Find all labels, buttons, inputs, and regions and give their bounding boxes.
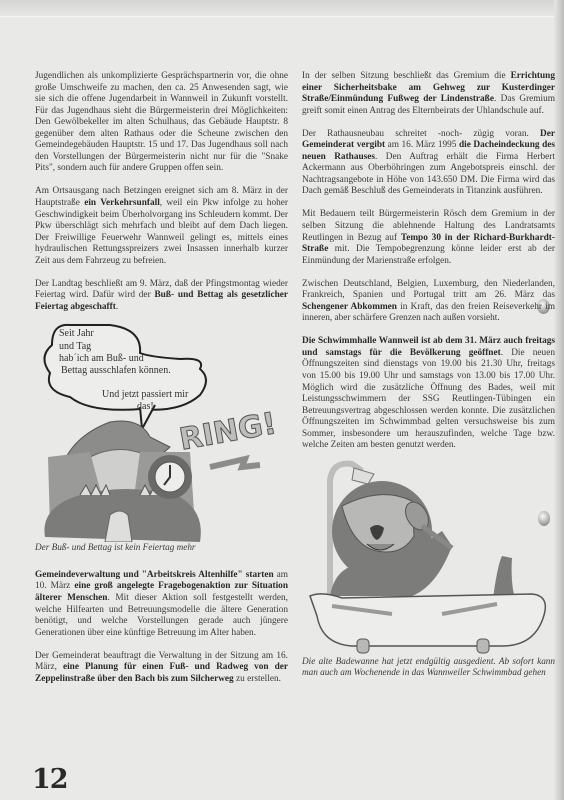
figure1-caption: Der Buß- und Bettag ist kein Feiertag me… xyxy=(35,542,288,554)
svg-text:RING!: RING! xyxy=(177,407,279,458)
article-holiday-abolished: Der Landtag beschließt am 9. März, daß d… xyxy=(35,279,288,314)
bubble-line: Bettag ausschlafen können. xyxy=(59,365,209,377)
page-number: 12 xyxy=(32,764,68,795)
right-column: In der selben Sitzung beschließt das Gre… xyxy=(302,71,555,679)
article-bike-path: Der Gemeinderat beauftragt die Verwaltun… xyxy=(35,651,288,686)
figure-sleeping-man: RING! Seit Jahr und Tag hab´ich am Buß- … xyxy=(35,317,288,542)
article-safety-beacon: In der selben Sitzung beschließt das Gre… xyxy=(302,71,555,117)
bubble-line: hab´ich am Buß- und xyxy=(59,353,209,365)
article-town-hall-roof: Der Rathausneubau schreitet -noch- zügig… xyxy=(302,129,555,198)
left-column: Jugendlichen als unkomplizierte Gespräch… xyxy=(35,71,288,697)
bubble-line: Und jetzt passiert mir xyxy=(59,389,209,401)
article-youth-house: Jugendlichen als unkomplizierte Gespräch… xyxy=(35,71,288,175)
bubble-line: das! xyxy=(59,401,209,413)
scan-right-edge xyxy=(554,0,564,800)
scan-top-edge xyxy=(0,0,564,17)
figure2-caption: Die alte Badewanne hat jetzt endgültig a… xyxy=(302,656,555,679)
article-schengen: Zwischen Deutschland, Belgien, Luxemburg… xyxy=(302,279,555,325)
speech-bubble-text: Seit Jahr und Tag hab´ich am Buß- und Be… xyxy=(59,328,209,413)
figure-lion-bathtub xyxy=(302,456,555,656)
bubble-line: und Tag xyxy=(59,341,209,353)
article-tempo-30: Mit Bedauern teilt Bürgermeisterin Rösch… xyxy=(302,209,555,267)
article-elderly-survey: Gemeindeverwaltung und "Arbeitskreis Alt… xyxy=(35,570,288,639)
lion-bathtub-illustration xyxy=(302,456,555,656)
article-swimming-hall: Die Schwimmhalle Wannweil ist ab dem 31.… xyxy=(302,336,555,451)
article-traffic-accident: Am Ortsausgang nach Betzingen ereignet s… xyxy=(35,186,288,267)
bubble-line: Seit Jahr xyxy=(59,328,209,340)
